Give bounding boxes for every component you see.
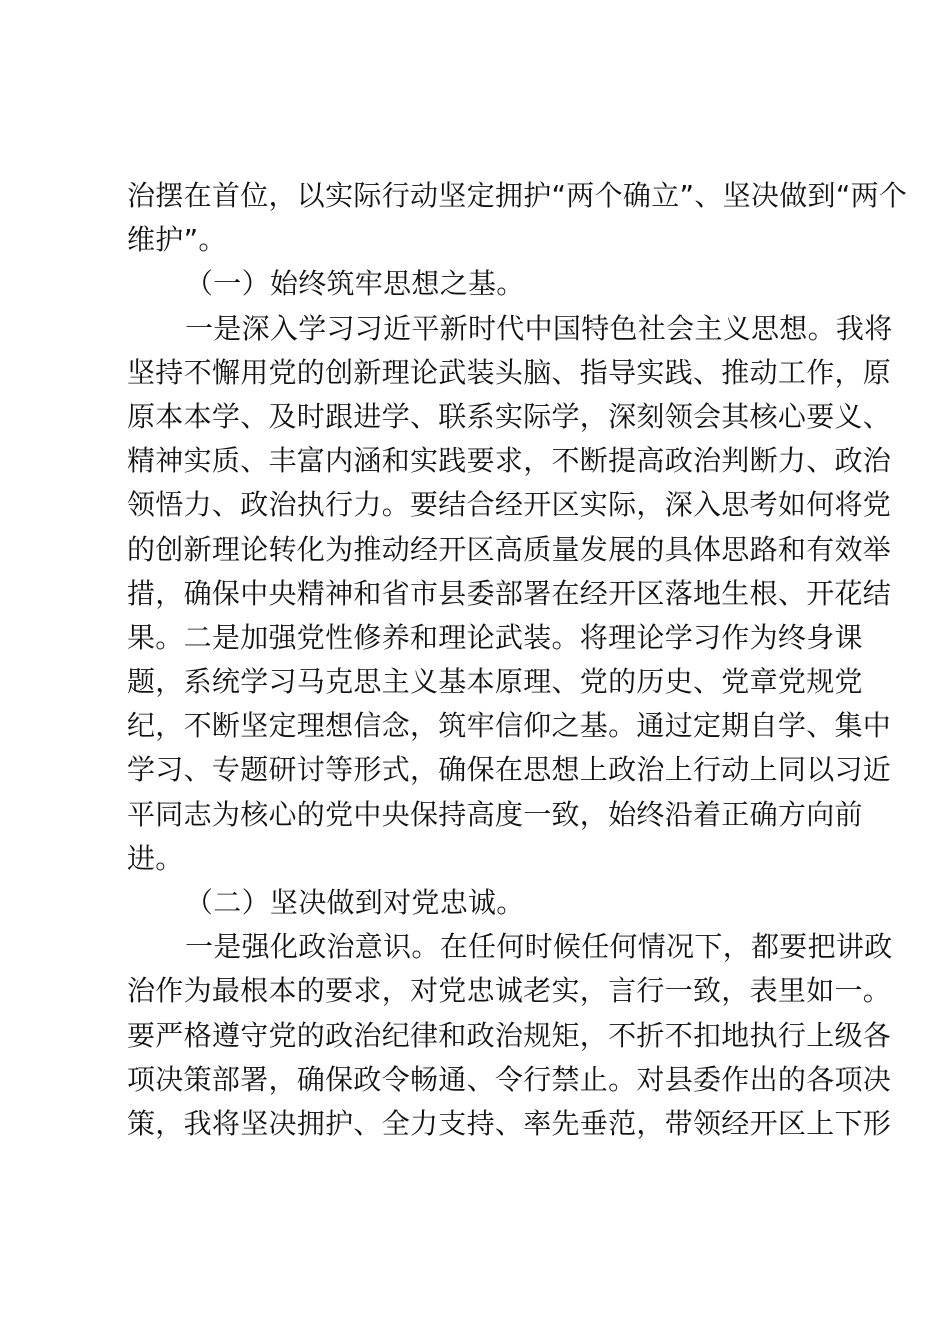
text-line: 的创新理论转化为推动经开区高质量发展的具体思路和有效举: [127, 528, 831, 572]
paragraph-start: 一是深入学习习近平新时代中国特色社会主义思想。我将: [127, 307, 831, 351]
text-line: 果。二是加强党性修养和理论武装。将理论学习作为终身课: [127, 616, 831, 660]
section-heading-2: （二）坚决做到对党忠诚。: [127, 881, 831, 925]
text-line: 原本本学、及时跟进学、联系实际学，深刻领会其核心要义、: [127, 395, 831, 439]
text-line: 要严格遵守党的政治纪律和政治规矩，不折不扣地执行上级各: [127, 1014, 831, 1058]
paragraph-start: 一是强化政治意识。在任何时候任何情况下，都要把讲政: [127, 925, 831, 969]
text-line: 平同志为核心的党中央保持高度一致，始终沿着正确方向前: [127, 793, 831, 837]
text-line: 项决策部署，确保政令畅通、令行禁止。对县委作出的各项决: [127, 1058, 831, 1102]
text-line: 措，确保中央精神和省市县委部署在经开区落地生根、开花结: [127, 572, 831, 616]
text-line: 坚持不懈用党的创新理论武装头脑、指导实践、推动工作，原: [127, 351, 831, 395]
text-line: 精神实质、丰富内涵和实践要求，不断提高政治判断力、政治: [127, 439, 831, 483]
text-line: 策，我将坚决拥护、全力支持、率先垂范，带领经开区上下形: [127, 1102, 831, 1146]
text-line: 治作为最根本的要求，对党忠诚老实，言行一致，表里如一。: [127, 969, 831, 1013]
text-line: 题，系统学习马克思主义基本原理、党的历史、党章党规党: [127, 660, 831, 704]
document-page: 治摆在首位，以实际行动坚定拥护“两个确立”、坚决做到“两个 维护”。 （一）始终…: [127, 174, 831, 1146]
text-line: 治摆在首位，以实际行动坚定拥护“两个确立”、坚决做到“两个: [127, 174, 831, 218]
text-line: 纪，不断坚定理想信念，筑牢信仰之基。通过定期自学、集中: [127, 704, 831, 748]
text-line: 维护”。: [127, 218, 831, 262]
text-line: 领悟力、政治执行力。要结合经开区实际，深入思考如何将党: [127, 483, 831, 527]
text-line: 学习、专题研讨等形式，确保在思想上政治上行动上同以习近: [127, 748, 831, 792]
section-heading-1: （一）始终筑牢思想之基。: [127, 262, 831, 306]
text-line: 进。: [127, 837, 831, 881]
